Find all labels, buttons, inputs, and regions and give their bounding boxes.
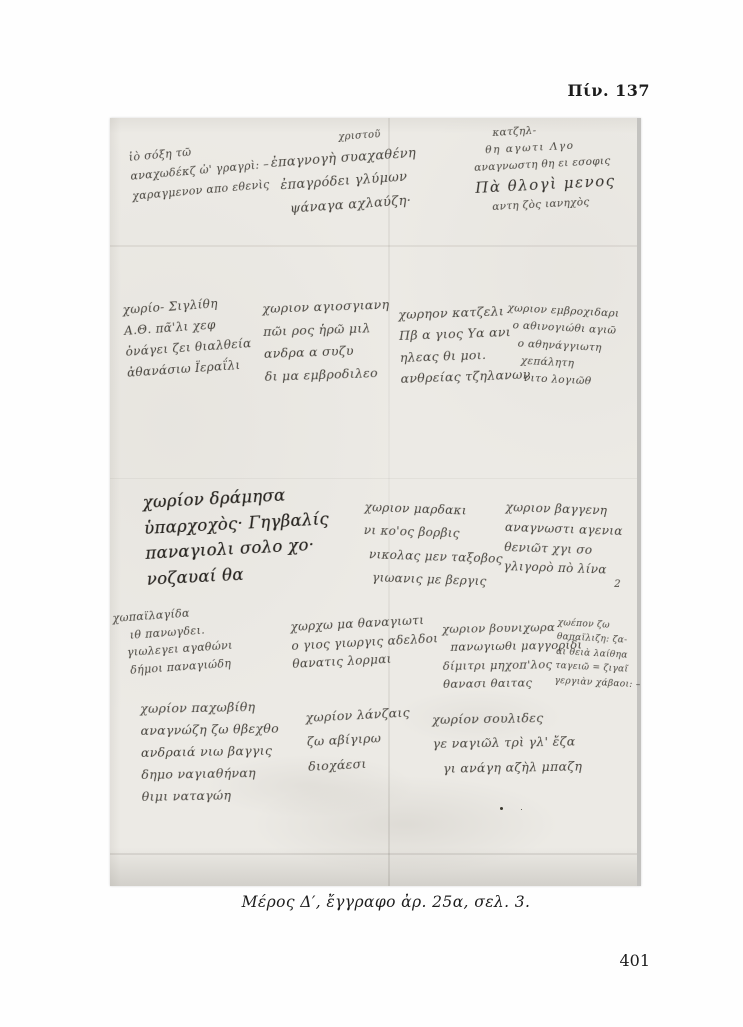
handwritten-village-entry: χωρίον λάνζαιςζω αβίγιρωδιοχάεσι (305, 701, 413, 779)
handwriting-line: ανδραιά νιω βαγγις (141, 739, 280, 763)
manuscript-scan: ἰὸ σόξη τῶαναχωδέκζ ὠ' γραγρὶ: –χαραγμεν… (110, 118, 641, 886)
handwriting-line: γι ανάγη αζὴλ μπαζη (443, 754, 583, 781)
handwritten-village-entry: χωριον βαγγενηαναγνωστι αγενιαθενιῶτ χγι… (503, 498, 624, 589)
handwriting-line: γε ναγιῶλ τρὶ γλ' ἔζα (432, 730, 582, 757)
handwritten-village-entry: χωριον εμβροχιδαριο αθινογιώθι αγιῶο αθη… (503, 300, 619, 392)
ink-speck (500, 807, 503, 810)
handwritten-village-entry: χωριον αγιοσγιανηπῶι ρος ἡρῶ μιλανδρα α … (262, 294, 392, 388)
handwritten-village-entry: χωρίον σουλιδεςγε ναγιῶλ τρὶ γλ' ἔζαγι α… (432, 705, 582, 781)
handwriting-line: χωρίον σουλιδες (432, 705, 582, 732)
handwritten-village-entry: χωρχω μα θαναγιωτιο γιος γιωργις αδελδοι… (290, 610, 440, 673)
handwriting-line: δημο ναγιαθήναη (141, 761, 280, 785)
paper-crease-horizontal-bottom (110, 853, 637, 855)
handwriting-line: δι μα εμβροδιλεο (264, 361, 392, 388)
paper-crease-horizontal-middle (110, 478, 637, 479)
handwriting-line: θιμι ναταγώη (142, 783, 281, 807)
handwriting-line: νιτο λογιῶθ (523, 370, 616, 392)
book-page: Πίν. 137 ἰὸ σόξη τῶαναχωδέκζ ὠ' γραγρὶ: … (0, 0, 743, 1027)
handwritten-village-entry: χωρίον δράμησαὑπαρχοχὸς· Γηγβαλίςπαναγιο… (142, 480, 332, 592)
handwriting-line: χωριον αγιοσγιανη (262, 294, 390, 321)
handwritten-note-top-left: ἰὸ σόξη τῶαναχωδέκζ ὠ' γραγρὶ: –χαραγμεν… (128, 136, 272, 206)
paper-crease-horizontal-top (110, 245, 637, 247)
handwritten-village-entry: χωρίο- ΣιγλίθηΑ.Θ. πᾶ'λι χεφὀνάγει ζει θ… (122, 291, 254, 384)
handwriting-line: αναγνώζη ζω θβεχθο (140, 717, 279, 741)
handwriting-line: γιωανις με βεργις (372, 566, 503, 594)
handwritten-village-entry: χωριον μαρδακινι κο'ος βορβιςνικολας μεν… (362, 496, 505, 594)
handwriting-line: χριστοῦ (338, 129, 381, 143)
plate-label: Πίν. 137 (568, 81, 651, 100)
handwriting-line: διοχάεσι (308, 749, 414, 779)
handwritten-village-entry: χωρίον παχωβίθηαναγνώζη ζω θβεχθοανδραιά… (140, 696, 280, 808)
handwriting-line: χωρίον παχωβίθη (140, 696, 279, 720)
handwritten-note-top-center: ἐπαγνογὴ συαχαθένηἐπαγρόδει γλύμωνψάναγα… (270, 142, 420, 222)
handwritten-village-entry: χωέπον ζωθαπαϊλιζη: ζα-αι θειὰ λαίθηαταγ… (554, 616, 644, 692)
page-number: 401 (619, 951, 650, 970)
handwritten-village-entry: χωπαϊλαγίδαιθ πανωγδει.γιωλεγει αγαθώνιδ… (112, 602, 234, 680)
figure-caption: Μέρος Δ′, ἔγγραφο ἀρ. 25α, σελ. 3. (110, 893, 662, 911)
handwritten-invocation-title: χριστοῦ (338, 129, 381, 143)
handwritten-note-top-right: κατζηλ-θη αγωτι Λγοαναγνωστη θη ει εσοφι… (472, 119, 617, 217)
